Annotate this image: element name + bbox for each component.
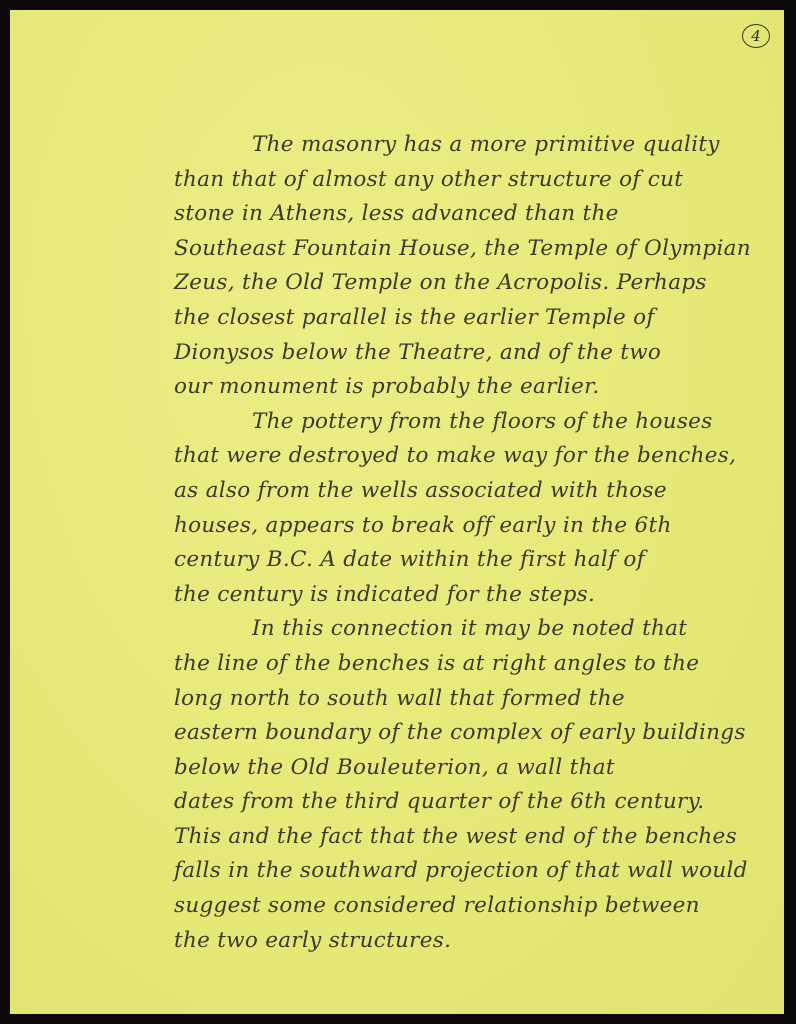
paragraph-1: The masonry has a more primitive quality… [160,128,780,405]
text-line: eastern boundary of the complex of early… [160,716,780,751]
text-line: that were destroyed to make way for the … [160,439,780,474]
text-line: stone in Athens, less advanced than the [160,197,780,232]
handwritten-text-body: The masonry has a more primitive quality… [160,128,780,958]
text-line: The masonry has a more primitive quality [160,128,780,163]
text-line: Zeus, the Old Temple on the Acropolis. P… [160,266,780,301]
text-line: houses, appears to break off early in th… [160,509,780,544]
text-line: our monument is probably the earlier. [160,370,780,405]
text-line: In this connection it may be noted that [160,612,780,647]
text-line: Southeast Fountain House, the Temple of … [160,232,780,267]
text-line: suggest some considered relationship bet… [160,889,780,924]
text-line: the two early structures. [160,924,780,959]
text-line: dates from the third quarter of the 6th … [160,785,780,820]
page-number: 4 [742,24,770,48]
text-line: as also from the wells associated with t… [160,474,780,509]
text-line: century B.C. A date within the first hal… [160,543,780,578]
manuscript-page: 4 The masonry has a more primitive quali… [10,10,784,1014]
paragraph-3: In this connection it may be noted that … [160,612,780,958]
text-line: falls in the southward projection of tha… [160,854,780,889]
text-line: the closest parallel is the earlier Temp… [160,301,780,336]
paragraph-2: The pottery from the floors of the house… [160,405,780,613]
text-line: The pottery from the floors of the house… [160,405,780,440]
text-line: the century is indicated for the steps. [160,578,780,613]
text-line: than that of almost any other structure … [160,163,780,198]
text-line: This and the fact that the west end of t… [160,820,780,855]
text-line: long north to south wall that formed the [160,682,780,717]
text-line: Dionysos below the Theatre, and of the t… [160,336,780,371]
text-line: the line of the benches is at right angl… [160,647,780,682]
text-line: below the Old Bouleuterion, a wall that [160,751,780,786]
